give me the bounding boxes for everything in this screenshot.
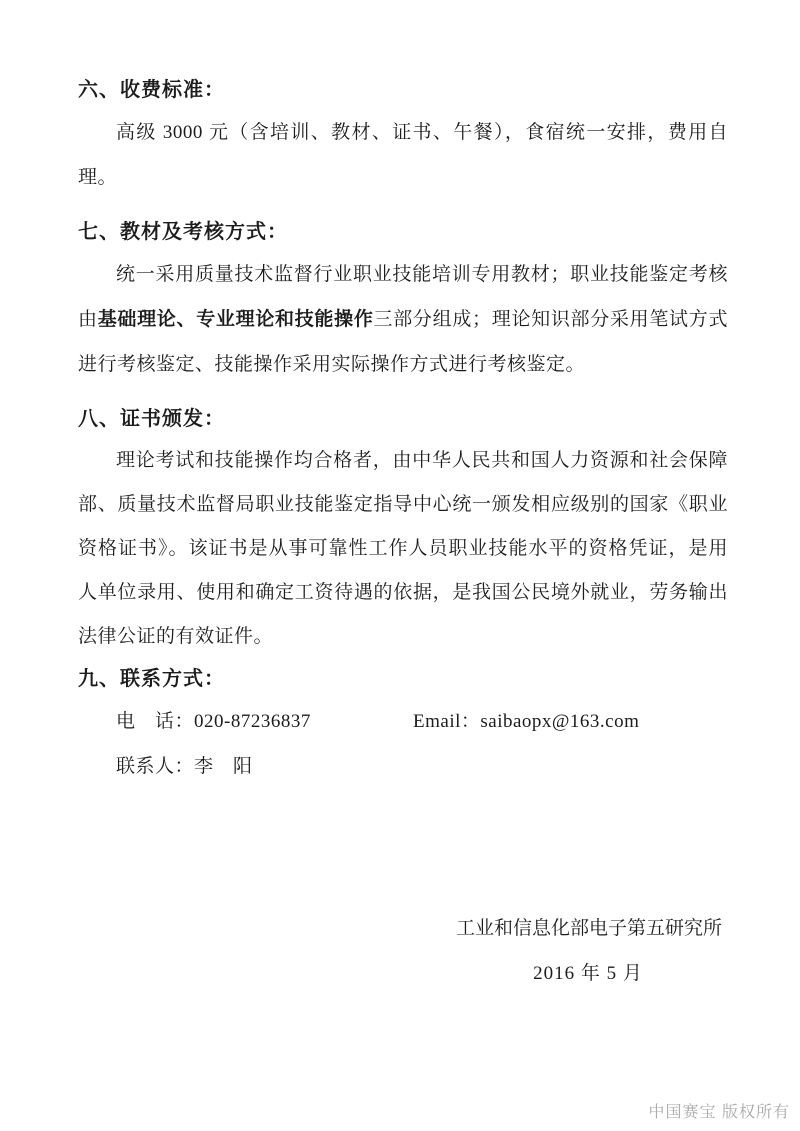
document-page: 六、收费标准： 高级 3000 元（含培训、教材、证书、午餐），食宿统一安排，费… [0, 0, 800, 1131]
materials-body-bold-phrase: 基础理论、专业理论和技能操作 [98, 309, 374, 330]
contact-person-label: 联系人： [116, 756, 194, 777]
signature-date: 2016 年 5 月 [456, 951, 720, 996]
contact-person-name: 李 阳 [194, 756, 253, 777]
section-contact-heading: 九、联系方式： [78, 659, 728, 699]
contact-phone-email-line: 电 话：020-87236837Email：saibaopx@163.com [78, 699, 728, 744]
section-certificate-heading: 八、证书颁发： [78, 399, 728, 439]
contact-phone-number: 020-87236837 [194, 711, 311, 732]
section-contact: 九、联系方式： 电 话：020-87236837Email：saibaopx@1… [78, 659, 728, 789]
contact-phone: 电 话：020-87236837 [116, 699, 413, 744]
contact-email-label: Email： [413, 711, 480, 732]
section-fees: 六、收费标准： 高级 3000 元（含培训、教材、证书、午餐），食宿统一安排，费… [78, 70, 728, 200]
contact-phone-label: 电 话： [116, 711, 194, 732]
contact-person-line: 联系人：李 阳 [78, 744, 728, 789]
copyright-watermark: 中国赛宝 版权所有 [649, 1099, 790, 1122]
signature-block: 工业和信息化部电子第五研究所 2016 年 5 月 [456, 906, 720, 996]
section-fees-body: 高级 3000 元（含培训、教材、证书、午餐），食宿统一安排，费用自理。 [78, 110, 728, 200]
section-certificate-body: 理论考试和技能操作均合格者，由中华人民共和国人力资源和社会保障部、质量技术监督局… [78, 439, 728, 659]
section-materials: 七、教材及考核方式： 统一采用质量技术监督行业职业技能培训专用教材；职业技能鉴定… [78, 212, 728, 387]
section-certificate: 八、证书颁发： 理论考试和技能操作均合格者，由中华人民共和国人力资源和社会保障部… [78, 399, 728, 659]
section-materials-heading: 七、教材及考核方式： [78, 212, 728, 252]
section-fees-heading: 六、收费标准： [78, 70, 728, 110]
contact-email: Email：saibaopx@163.com [413, 711, 639, 732]
contact-email-address: saibaopx@163.com [480, 711, 639, 732]
document-content: 六、收费标准： 高级 3000 元（含培训、教材、证书、午餐），食宿统一安排，费… [78, 70, 728, 996]
section-materials-body: 统一采用质量技术监督行业职业技能培训专用教材；职业技能鉴定考核由基础理论、专业理… [78, 252, 728, 387]
signature-organization: 工业和信息化部电子第五研究所 [456, 906, 720, 951]
